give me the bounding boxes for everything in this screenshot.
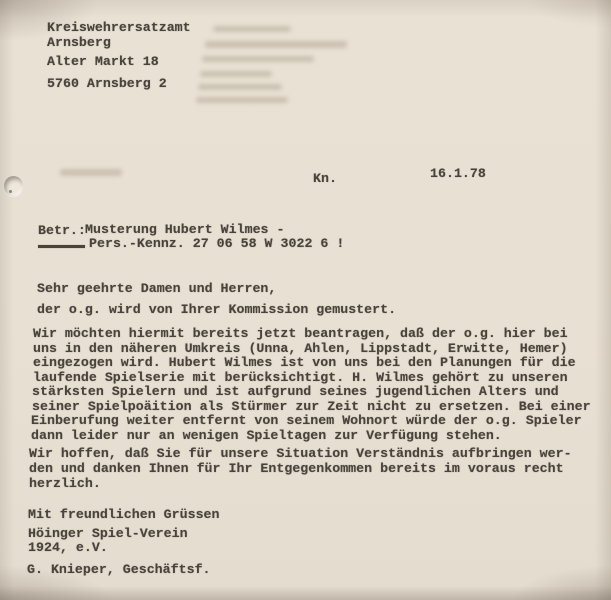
- punch-hole-speck: [9, 190, 12, 193]
- body-line: dann leider nur an wenigen Spieltagen zu…: [31, 429, 502, 443]
- signature-club-year: 1924, e.V.: [28, 541, 108, 555]
- sender-street: Alter Markt 18: [47, 55, 159, 69]
- signature-club-name: Höinger Spiel-Verein: [28, 527, 188, 541]
- body-line: seiner Spielpoäition als Stürmer zur Zei…: [32, 400, 591, 414]
- body-line: laufende Spielserie mit berücksichtigt. …: [33, 371, 568, 385]
- ghost-stamp-smudge: [60, 169, 122, 176]
- body-line: eingezogen wird. Hubert Wilmes ist von u…: [33, 356, 576, 370]
- body-line: herzlich.: [29, 477, 101, 491]
- body-line: Einberufung weiter entfernt von seinem W…: [31, 414, 582, 428]
- body-line: den und danken Ihnen für Ihr Entgegenkom…: [29, 462, 564, 476]
- ghost-text-line: [196, 97, 288, 103]
- subject-underline: [38, 245, 85, 248]
- ghost-text-line: [200, 71, 272, 77]
- ghost-text-line: [213, 26, 291, 32]
- letter-document: Kreiswehrersatzamt Arnsberg Alter Markt …: [0, 0, 611, 600]
- body-line: stärksten Spielern und ist aufgrund sein…: [32, 385, 559, 399]
- punch-hole: [4, 176, 23, 196]
- intro-sentence: der o.g. wird von Ihrer Kommission gemus…: [37, 303, 396, 317]
- salutation: Sehr geehrte Damen und Herren,: [37, 282, 276, 296]
- signature-person: G. Knieper, Geschäftsf.: [27, 563, 211, 577]
- ghost-text-line: [198, 84, 282, 90]
- sender-postal-city: 5760 Arnsberg 2: [47, 77, 167, 91]
- subject-label: Betr.:: [38, 224, 86, 238]
- body-line: Wir hoffen, daß Sie für unsere Situation…: [29, 447, 572, 461]
- subject-line-1: Musterung Hubert Wilmes -: [85, 223, 285, 237]
- ghost-text-line: [202, 56, 314, 62]
- reference-initials: Kn.: [313, 172, 337, 186]
- ghost-text-line: [205, 41, 347, 48]
- sender-office: Kreiswehrersatzamt: [47, 21, 191, 35]
- body-line: Wir möchten hiermit bereits jetzt beantr…: [33, 327, 568, 341]
- date: 16.1.78: [430, 167, 486, 181]
- closing: Mit freundlichen Grüssen: [28, 508, 220, 522]
- sender-city: Arnsberg: [47, 36, 111, 50]
- subject-line-2: Pers.-Kennz. 27 06 58 W 3022 6 !: [89, 237, 344, 251]
- body-line: uns in den näheren Umkreis (Unna, Ahlen,…: [33, 342, 568, 356]
